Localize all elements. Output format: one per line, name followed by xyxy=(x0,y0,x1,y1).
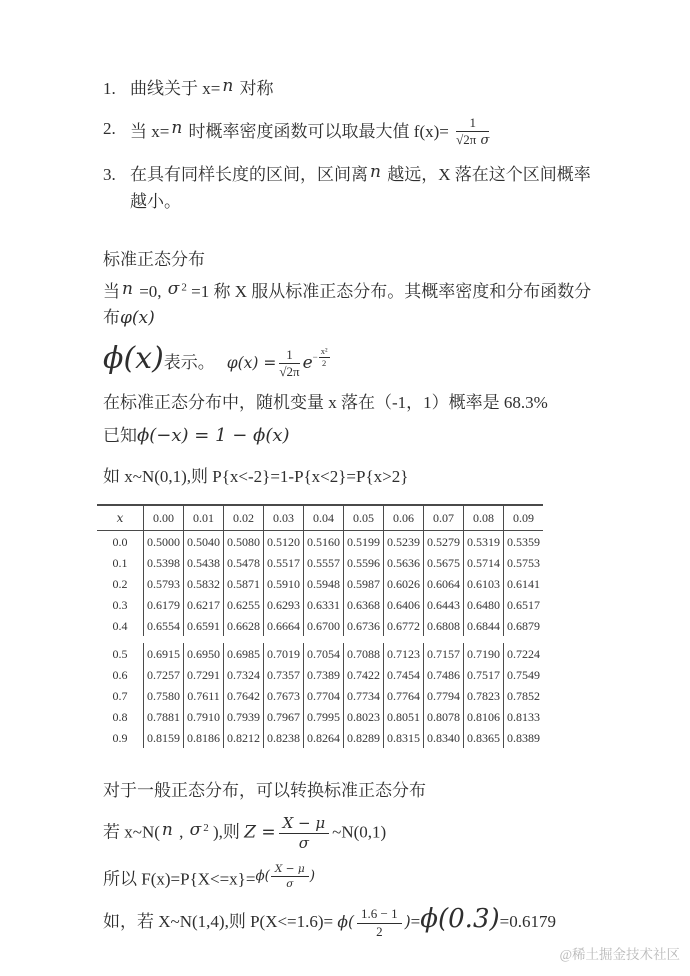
table-cell: 0.5793 xyxy=(144,573,184,594)
table-row-label: 0.3 xyxy=(97,594,144,615)
list-item-3-pre: 在具有同样长度的区间，区间离 xyxy=(130,165,368,184)
exponent: −x²2 xyxy=(313,352,331,362)
table-cell: 0.5596 xyxy=(344,552,384,573)
table-cell: 0.7054 xyxy=(304,643,344,664)
table-row-label: 0.5 xyxy=(97,643,144,664)
table-cell: 0.7704 xyxy=(304,685,344,706)
table-cell: 0.6255 xyxy=(224,594,264,615)
phi-close: ) xyxy=(310,868,315,884)
table-cell: 0.6772 xyxy=(384,615,424,636)
fraction-numerator: x² xyxy=(319,347,330,358)
table-row: 0.50.69150.69500.69850.70190.70540.70880… xyxy=(97,643,543,664)
table-cell: 0.7454 xyxy=(384,664,424,685)
table-cell: 0.7995 xyxy=(304,706,344,727)
table-row-label: 0.6 xyxy=(97,664,144,685)
table-cell: 0.6217 xyxy=(184,594,224,615)
mu-variable: n xyxy=(171,118,182,138)
table-cell: 0.5714 xyxy=(464,552,504,573)
table-row: 0.80.78810.79100.79390.79670.79950.80230… xyxy=(97,706,543,727)
list-item-3: 3. 在具有同样长度的区间，区间离n 越远，X 落在这个区间概率越小。 xyxy=(103,162,595,214)
known-identity-line: 已知ϕ(−x) = 1 − ϕ(x) xyxy=(103,422,595,449)
table-cell: 0.7517 xyxy=(464,664,504,685)
fraction-numerator: X − μ xyxy=(279,815,330,834)
list-item-2-mid: 时概率密度函数可以取最大值 f(x)= xyxy=(184,121,453,140)
list-item-1-number: 1. xyxy=(103,76,130,103)
table-row-label: 0.2 xyxy=(97,573,144,594)
table-cell: 0.7019 xyxy=(264,643,304,664)
fraction-numerator: X − μ xyxy=(271,863,309,877)
table-cell: 0.5120 xyxy=(264,531,304,553)
phi-open: ϕ( xyxy=(255,868,269,884)
list-item-3-number: 3. xyxy=(103,162,130,214)
table-cell: 0.8340 xyxy=(424,727,464,748)
table-cell: 0.6026 xyxy=(384,573,424,594)
list-item-3-text: 在具有同样长度的区间，区间离n 越远，X 落在这个区间概率越小。 xyxy=(130,162,595,214)
table-cell: 0.5000 xyxy=(144,531,184,553)
example-fraction: 1.6 − 12 xyxy=(357,907,402,940)
table-cell: 0.8315 xyxy=(384,727,424,748)
table-row-label: 0.1 xyxy=(97,552,144,573)
intro-a: =0, xyxy=(135,282,166,301)
list-item-2: 2. 当 x=n 时概率密度函数可以取最大值 f(x)= 1√2π σ xyxy=(103,116,595,150)
worked-example-line: 如，若 X~N(1,4),则 P(X<=1.6)= ϕ(1.6 − 12)=ϕ(… xyxy=(103,906,595,940)
table-row: 0.00.50000.50400.50800.51200.51600.51990… xyxy=(97,531,543,553)
table-cell: 0.5040 xyxy=(184,531,224,553)
table-cell: 0.5438 xyxy=(184,552,224,573)
final-value: =0.6179 xyxy=(500,912,556,931)
table-header-cell: 0.07 xyxy=(424,505,464,531)
table-header-row: x0.000.010.020.030.040.050.060.070.080.0… xyxy=(97,505,543,531)
table-cell: 0.5557 xyxy=(304,552,344,573)
table-cell: 0.7673 xyxy=(264,685,304,706)
table-cell: 0.6331 xyxy=(304,594,344,615)
section-heading-standard-normal: 标准正态分布 xyxy=(103,247,595,273)
table-row-label: 0.7 xyxy=(97,685,144,706)
list-item-1-text: 曲线关于 x=n 对称 xyxy=(130,76,595,103)
euler-e: e xyxy=(303,353,313,373)
fraction-denominator: σ xyxy=(279,834,330,852)
line-close: ),则 xyxy=(209,823,244,842)
table-header-cell: 0.02 xyxy=(224,505,264,531)
normal-table: x0.000.010.020.030.040.050.060.070.080.0… xyxy=(97,504,543,748)
table-cell: 0.5948 xyxy=(304,573,344,594)
table-row-label: 0.4 xyxy=(97,615,144,636)
sqrt-icon: √ xyxy=(279,364,286,379)
table-header-cell: 0.01 xyxy=(184,505,224,531)
table-cell: 0.7734 xyxy=(344,685,384,706)
table-cell: 0.6141 xyxy=(504,573,544,594)
table-header-cell: 0.08 xyxy=(464,505,504,531)
table-cell: 0.7257 xyxy=(144,664,184,685)
table-cell: 0.8389 xyxy=(504,727,544,748)
line-pre: 如，若 X~N(1,4),则 P(X<=1.6)= xyxy=(103,912,337,931)
fraction-denominator: √2π xyxy=(279,364,299,380)
list-item-2-text: 当 x=n 时概率密度函数可以取最大值 f(x)= 1√2π σ xyxy=(130,116,595,150)
fraction-numerator: 1.6 − 1 xyxy=(357,907,402,924)
density-fraction: 1√2π xyxy=(279,348,299,381)
z-transform-line: 若 x~N(n , σ2 ),则 Z =X − μσ~N(0,1) xyxy=(103,815,595,853)
mu-variable: n xyxy=(122,279,133,299)
list-item-2-number: 2. xyxy=(103,116,130,150)
z-fraction: X − μσ xyxy=(279,815,330,853)
table-cell: 0.7794 xyxy=(424,685,464,706)
table-cell: 0.7422 xyxy=(344,664,384,685)
table-cell: 0.5636 xyxy=(384,552,424,573)
table-header-cell: 0.03 xyxy=(264,505,304,531)
table-cell: 0.5199 xyxy=(344,531,384,553)
table-cell: 0.6480 xyxy=(464,594,504,615)
table-cell: 0.7389 xyxy=(304,664,344,685)
table-cell: 0.8238 xyxy=(264,727,304,748)
table-cell: 0.5279 xyxy=(424,531,464,553)
table-cell: 0.6179 xyxy=(144,594,184,615)
table-header-cell: 0.09 xyxy=(504,505,544,531)
section-heading-general-normal: 对于一般正态分布，可以转换标准正态分布 xyxy=(103,778,595,804)
table-header-cell: 0.04 xyxy=(304,505,344,531)
table-cell: 0.5517 xyxy=(264,552,304,573)
table-row-label: 0.8 xyxy=(97,706,144,727)
table-cell: 0.6591 xyxy=(184,615,224,636)
fraction-denominator: 2 xyxy=(357,924,402,940)
table-spacer-row xyxy=(97,636,543,643)
table-cell: 0.5753 xyxy=(504,552,544,573)
table-cell: 0.5832 xyxy=(184,573,224,594)
table-cell: 0.6517 xyxy=(504,594,544,615)
table-cell: 0.8264 xyxy=(304,727,344,748)
sigma-symbol: σ xyxy=(168,279,180,299)
list-item-1: 1. 曲线关于 x=n 对称 xyxy=(103,76,595,103)
table-row: 0.60.72570.72910.73240.73570.73890.74220… xyxy=(97,664,543,685)
table-cell: 0.7549 xyxy=(504,664,544,685)
table-cell: 0.5398 xyxy=(144,552,184,573)
biaoshi-label: 表示。 xyxy=(164,353,215,372)
table-cell: 0.7967 xyxy=(264,706,304,727)
table-row: 0.20.57930.58320.58710.59100.59480.59870… xyxy=(97,573,543,594)
table-header-cell: 0.05 xyxy=(344,505,384,531)
table-cell: 0.7357 xyxy=(264,664,304,685)
mu-variable: n xyxy=(162,820,173,840)
sigma-symbol: σ xyxy=(190,820,202,840)
cdf-line: 所以 F(x)=P{X<=x}=ϕ(X − μσ) xyxy=(103,863,595,892)
table-cell: 0.5478 xyxy=(224,552,264,573)
table-cell: 0.8212 xyxy=(224,727,264,748)
known-label: 已知 xyxy=(103,426,137,445)
table-cell: 0.7224 xyxy=(504,643,544,664)
table-row: 0.10.53980.54380.54780.55170.55570.55960… xyxy=(97,552,543,573)
table-cell: 0.6368 xyxy=(344,594,384,615)
big-phi-of-x: ϕ(x) xyxy=(103,341,164,376)
probability-statement: 在标准正态分布中，随机变量 x 落在（-1，1）概率是 68.3% xyxy=(103,390,595,416)
line-pre: 所以 F(x)=P{X<=x}= xyxy=(103,870,255,889)
table-row: 0.30.61790.62170.62550.62930.63310.63680… xyxy=(97,594,543,615)
table-cell: 0.6700 xyxy=(304,615,344,636)
table-cell: 0.6664 xyxy=(264,615,304,636)
table-cell: 0.5160 xyxy=(304,531,344,553)
table-cell: 0.6844 xyxy=(464,615,504,636)
line-pre: 若 x~N( xyxy=(103,823,160,842)
table-cell: 0.7852 xyxy=(504,685,544,706)
table-cell: 0.7190 xyxy=(464,643,504,664)
table-cell: 0.6103 xyxy=(464,573,504,594)
table-cell: 0.6064 xyxy=(424,573,464,594)
table-cell: 0.7939 xyxy=(224,706,264,727)
table-cell: 0.8023 xyxy=(344,706,384,727)
table-header-cell: 0.00 xyxy=(144,505,184,531)
table-cell: 0.6950 xyxy=(184,643,224,664)
max-density-fraction: 1√2π σ xyxy=(456,116,489,150)
mu-variable: n xyxy=(370,162,381,182)
fraction-numerator: 1 xyxy=(456,116,489,133)
table-cell: 0.8365 xyxy=(464,727,504,748)
table-cell: 0.7823 xyxy=(464,685,504,706)
table-cell: 0.5239 xyxy=(384,531,424,553)
exponent-fraction: x²2 xyxy=(319,347,330,369)
list-item-1-pre: 曲线关于 x= xyxy=(130,79,220,98)
standard-normal-intro: 当n =0, σ2 =1 称 X 服从标准正态分布。其概率密度和分布函数分布φ(… xyxy=(103,279,595,332)
document-content: 1. 曲线关于 x=n 对称 2. 当 x=n 时概率密度函数可以取最大值 f(… xyxy=(103,76,595,940)
line-comma: , xyxy=(175,823,188,842)
table-cell: 0.6915 xyxy=(144,643,184,664)
exponent-minus: − xyxy=(313,352,318,362)
table-cell: 0.6406 xyxy=(384,594,424,615)
radicand: 2π xyxy=(287,364,300,379)
table-cell: 0.5871 xyxy=(224,573,264,594)
table-cell: 0.5359 xyxy=(504,531,544,553)
table-cell: 0.5987 xyxy=(344,573,384,594)
table-cell: 0.5319 xyxy=(464,531,504,553)
mu-variable: n xyxy=(222,76,233,96)
density-formula: φ(x) =1√2πe−x²2 xyxy=(227,353,331,372)
document-page: 1. 曲线关于 x=n 对称 2. 当 x=n 时概率密度函数可以取最大值 f(… xyxy=(0,0,690,976)
intro-pre: 当 xyxy=(103,282,120,301)
z-equals: Z = xyxy=(244,823,275,843)
list-item-2-pre: 当 x= xyxy=(130,121,169,140)
table-cell: 0.6554 xyxy=(144,615,184,636)
table-cell: 0.5080 xyxy=(224,531,264,553)
sigma-symbol: σ xyxy=(476,133,489,148)
table-cell: 0.6628 xyxy=(224,615,264,636)
table-cell: 0.8051 xyxy=(384,706,424,727)
table-cell: 0.6808 xyxy=(424,615,464,636)
table-cell: 0.8186 xyxy=(184,727,224,748)
table-cell: 0.7611 xyxy=(184,685,224,706)
list-item-1-post: 对称 xyxy=(235,79,273,98)
table-spacer-cell xyxy=(97,636,543,643)
table-cell: 0.7881 xyxy=(144,706,184,727)
table-cell: 0.8289 xyxy=(344,727,384,748)
table-header-cell: 0.06 xyxy=(384,505,424,531)
phi-symmetry-identity: ϕ(−x) = 1 − ϕ(x) xyxy=(137,425,290,446)
table-cell: 0.7123 xyxy=(384,643,424,664)
table-row: 0.40.65540.65910.66280.66640.67000.67360… xyxy=(97,615,543,636)
fraction-denominator: 2 xyxy=(319,358,330,369)
table-cell: 0.6736 xyxy=(344,615,384,636)
raised-phi-expression: ϕ(X − μσ) xyxy=(255,868,315,883)
table-cell: 0.7324 xyxy=(224,664,264,685)
properties-list: 1. 曲线关于 x=n 对称 2. 当 x=n 时概率密度函数可以取最大值 f(… xyxy=(103,76,595,214)
table-cell: 0.7580 xyxy=(144,685,184,706)
fraction-numerator: 1 xyxy=(279,348,299,365)
equals-sign: = xyxy=(411,912,421,931)
fraction-denominator: σ xyxy=(271,877,309,890)
table-cell: 0.7088 xyxy=(344,643,384,664)
phi-fraction: X − μσ xyxy=(271,863,309,890)
table-cell: 0.7486 xyxy=(424,664,464,685)
table-cell: 0.6443 xyxy=(424,594,464,615)
example-line: 如 x~N(0,1),则 P{x<-2}=1-P{x<2}=P{x>2} xyxy=(103,464,595,490)
big-phi-result: ϕ(0.3) xyxy=(420,904,499,934)
table-row: 0.70.75800.76110.76420.76730.77040.77340… xyxy=(97,685,543,706)
watermark: @稀土掘金技术社区 xyxy=(560,943,680,963)
table-row-label: 0.9 xyxy=(97,727,144,748)
table-cell: 0.7764 xyxy=(384,685,424,706)
formula-lhs: φ(x) = xyxy=(227,354,277,372)
table-cell: 0.6985 xyxy=(224,643,264,664)
table-cell: 0.8159 xyxy=(144,727,184,748)
varphi-of-x: φ(x) xyxy=(120,308,155,328)
table-cell: 0.6879 xyxy=(504,615,544,636)
table-cell: 0.8078 xyxy=(424,706,464,727)
table-corner-cell: x xyxy=(97,505,144,531)
phi-open: ϕ( xyxy=(337,913,354,931)
table-cell: 0.5910 xyxy=(264,573,304,594)
table-cell: 0.8106 xyxy=(464,706,504,727)
phi-definition-line: ϕ(x)表示。φ(x) =1√2πe−x²2 xyxy=(103,344,595,381)
fraction-denominator: √2π σ xyxy=(456,132,489,149)
line-tail: ~N(0,1) xyxy=(332,823,386,842)
table-cell: 0.7157 xyxy=(424,643,464,664)
table-cell: 0.5675 xyxy=(424,552,464,573)
table-cell: 0.7291 xyxy=(184,664,224,685)
table-row: 0.90.81590.81860.82120.82380.82640.82890… xyxy=(97,727,543,748)
table-cell: 0.7910 xyxy=(184,706,224,727)
table-cell: 0.6293 xyxy=(264,594,304,615)
table-row-label: 0.0 xyxy=(97,531,144,553)
table-cell: 0.7642 xyxy=(224,685,264,706)
table-cell: 0.8133 xyxy=(504,706,544,727)
radicand: 2π xyxy=(463,132,476,147)
